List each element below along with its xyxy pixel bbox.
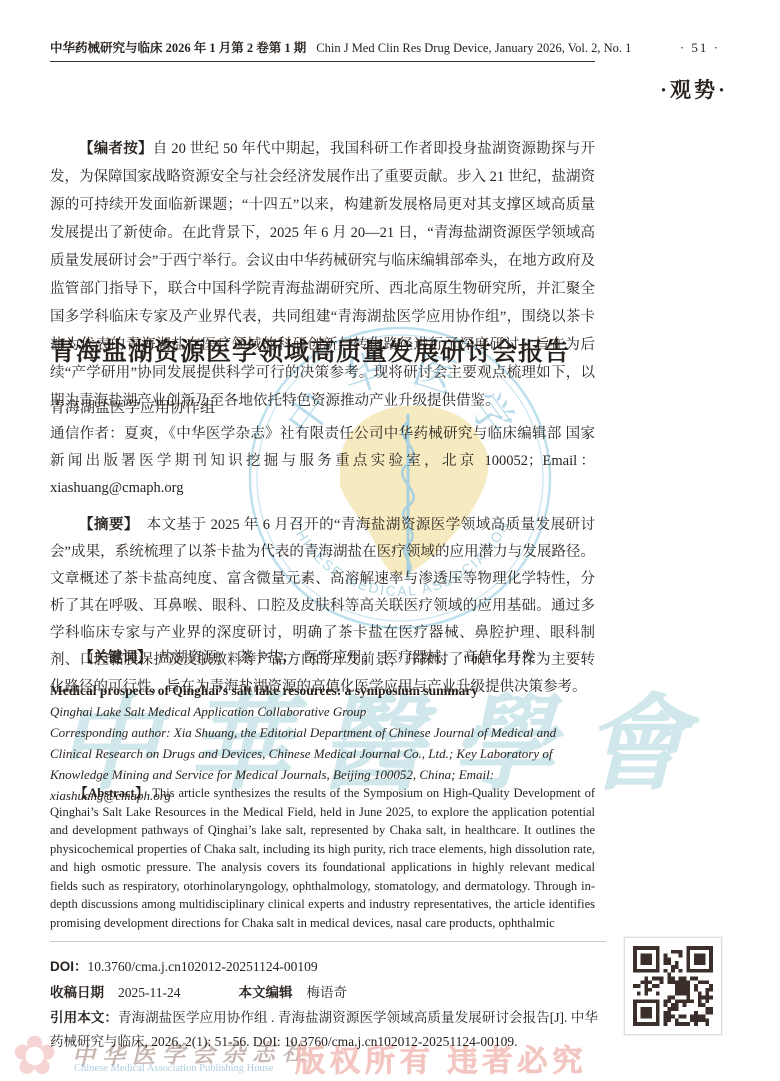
citation-text: 青海湖盐医学应用协作组 . 青海盐湖资源医学领域高质量发展研讨会报告[J]. 中… xyxy=(50,1010,598,1049)
page: { "header": { "journal_cn": "中华药械研究与临床 2… xyxy=(0,0,780,1081)
en-author-group: Qinghai Lake Salt Medical Application Co… xyxy=(50,701,595,722)
journal-title-en: Chin J Med Clin Res Drug Device, January… xyxy=(316,41,631,55)
doi-row: DOI：10.3760/cma.j.cn102012-20251124-0010… xyxy=(50,955,318,975)
doi-label: DOI： xyxy=(50,959,88,974)
received-value: 2025-11-24 xyxy=(118,985,181,1000)
footer-divider xyxy=(50,941,606,942)
doi-value: 10.3760/cma.j.cn102012-20251124-00109 xyxy=(88,959,318,974)
received-label: 收稿日期 xyxy=(50,985,104,1000)
keywords: 【关键词】 盐湖资源； 茶卡盐； 医学应用； 医疗器械； 高值化开发 xyxy=(50,646,595,667)
correspondence: 通信作者：夏爽，《中华医学杂志》社有限责任公司中华药械研究与临床编辑部 国家新闻… xyxy=(50,421,595,502)
dates-row: 收稿日期2025-11-24本文编辑梅语奇 xyxy=(50,981,347,1001)
abstract-text: 本文基于 2025 年 6 月召开的“青海盐湖资源医学领域高质量发展研讨会”成果… xyxy=(50,517,595,695)
keywords-label: 【关键词】 xyxy=(79,650,144,666)
page-header: 中华药械研究与临床 2026 年 1 月第 2 卷第 1 期Chin J Med… xyxy=(50,38,595,62)
qr-code xyxy=(624,937,722,1035)
journal-title-cn: 中华药械研究与临床 2026 年 1 月第 2 卷第 1 期 xyxy=(50,41,306,55)
editor-note-label: 【编者按】 xyxy=(79,141,153,157)
article-title: 青海盐湖资源医学领域高质量发展研讨会报告 xyxy=(50,332,610,368)
en-abstract-text: This article synthesizes the results of … xyxy=(50,786,595,930)
editor-note-text: 自 20 世纪 50 年代中期起，我国科研工作者即投身盐湖资源勘探与开发，为保障… xyxy=(50,141,595,409)
citation-label: 引用本文： xyxy=(50,1010,118,1025)
en-abstract-label: 【Abstract】 xyxy=(75,786,149,800)
en-abstract: 【Abstract】 This article synthesizes the … xyxy=(50,784,595,932)
publisher-seal-en: Chinese Medical Association Publishing H… xyxy=(74,1063,274,1074)
column-label: ·观势· xyxy=(660,74,728,104)
author-group: 青海湖盐医学应用协作组 xyxy=(50,396,215,417)
en-title: Medical prospects of Qinghai’s salt lake… xyxy=(50,680,595,701)
page-number: · 51 · xyxy=(680,40,720,56)
citation-row: 引用本文：青海湖盐医学应用协作组 . 青海盐湖资源医学领域高质量发展研讨会报告[… xyxy=(50,1006,598,1054)
article-editor-label: 本文编辑 xyxy=(239,985,293,1000)
keywords-text: 盐湖资源； 茶卡盐； 医学应用； 医疗器械； 高值化开发 xyxy=(159,650,536,666)
abstract-label: 【摘要】 xyxy=(79,517,132,533)
abstract-cn: 【摘要】 本文基于 2025 年 6 月召开的“青海盐湖资源医学领域高质量发展研… xyxy=(50,512,595,701)
article-editor-value: 梅语奇 xyxy=(307,985,348,1000)
editor-note: 【编者按】自 20 世纪 50 年代中期起，我国科研工作者即投身盐湖资源勘探与开… xyxy=(50,135,595,415)
